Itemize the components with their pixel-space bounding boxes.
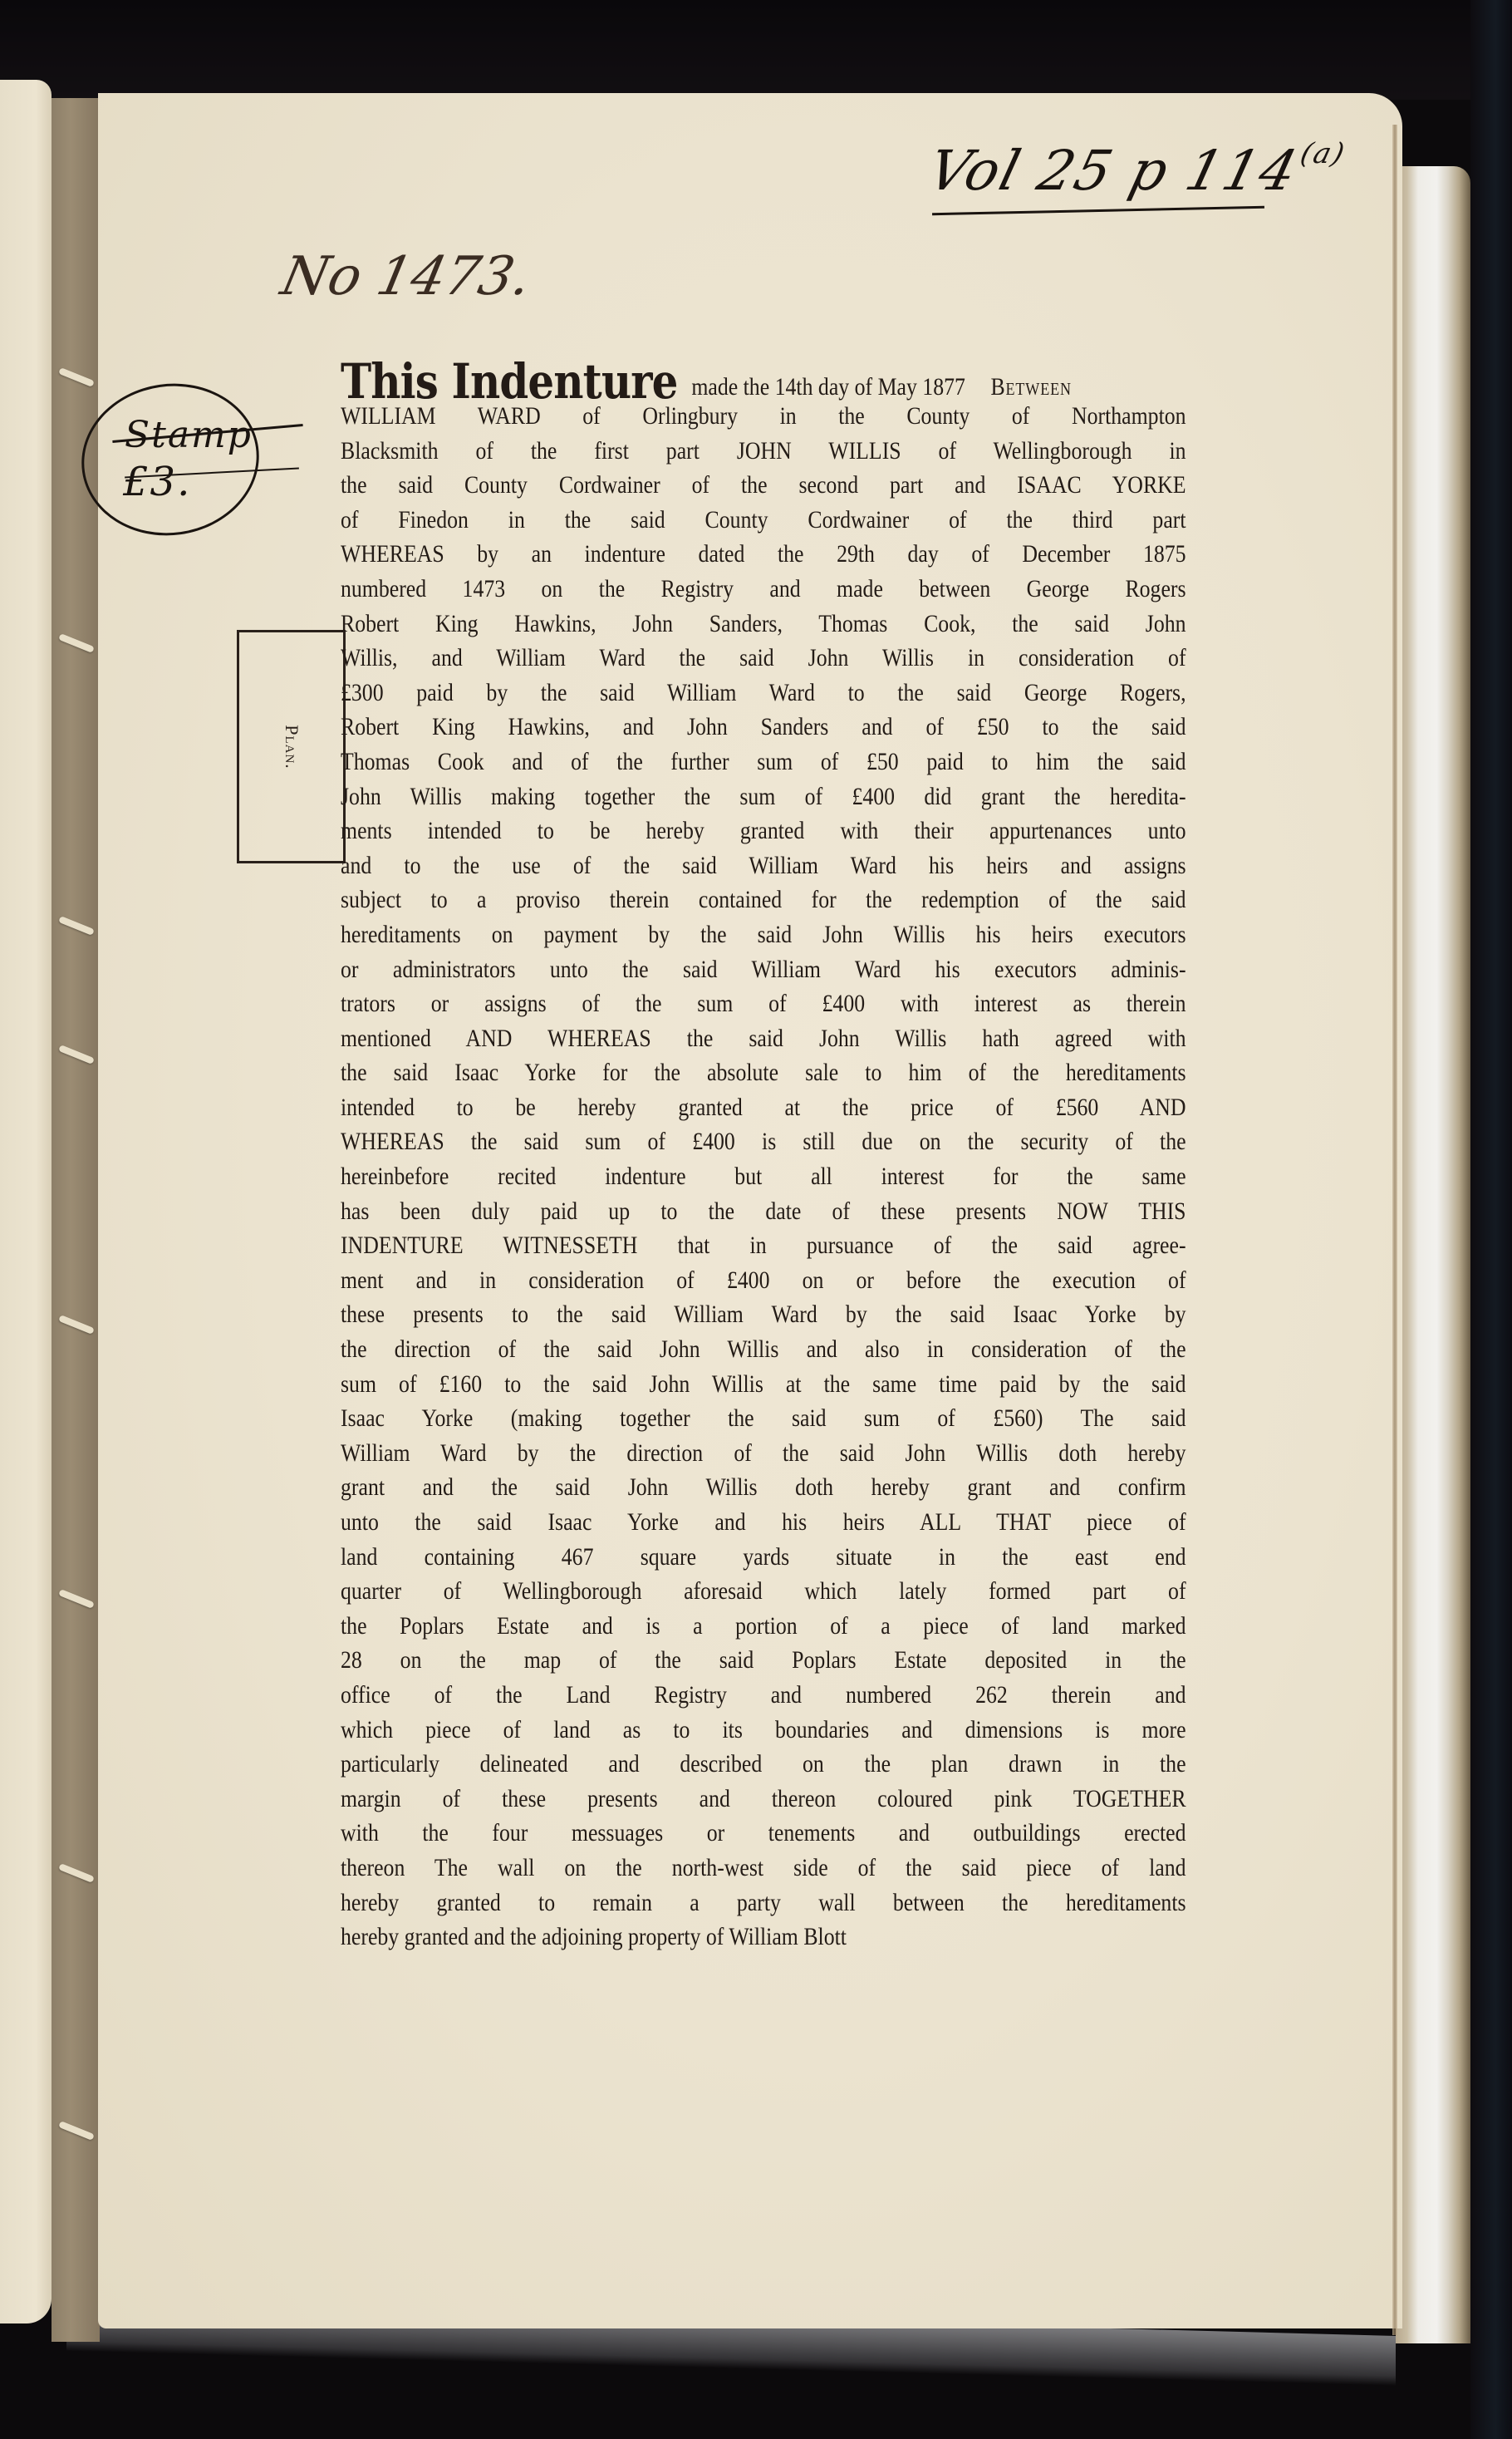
indenture-heading-line: This Indenture made the 14th day of May … <box>341 357 1186 399</box>
body-line: trators or assigns of the sum of £400 wi… <box>341 986 1186 1021</box>
body-line: these presents to the said William Ward … <box>341 1297 1186 1332</box>
body-lines: WILLIAM WARD of Orlingbury in the County… <box>341 399 1188 1955</box>
volume-reference-text: Vol 25 p 114 <box>922 139 1305 203</box>
heading-between: Between <box>990 373 1071 401</box>
left-page-edge <box>0 80 52 1825</box>
body-line: Thomas Cook and of the further sum of £5… <box>341 745 1186 779</box>
body-line: Robert King Hawkins, John Sanders, Thoma… <box>341 607 1186 642</box>
body-line: unto the said Isaac Yorke and his heirs … <box>341 1505 1186 1540</box>
body-line: hereditaments on payment by the said Joh… <box>341 917 1186 952</box>
registry-number-annotation: No 1473. <box>276 246 537 307</box>
body-line: and to the use of the said William Ward … <box>341 848 1186 883</box>
body-line: the said Isaac Yorke for the absolute sa… <box>341 1055 1186 1090</box>
plan-margin-box: Plan. <box>237 630 346 863</box>
stamp-amount: £3. <box>123 459 191 505</box>
body-line: ments intended to be hereby granted with… <box>341 814 1186 848</box>
body-line: hereinbefore recited indenture but all i… <box>341 1159 1186 1194</box>
body-line: WILLIAM WARD of Orlingbury in the County… <box>341 399 1186 434</box>
body-line: particularly delineated and described on… <box>341 1747 1186 1782</box>
body-line: with the four messuages or tenements and… <box>341 1816 1186 1851</box>
body-line: office of the Land Registry and numbered… <box>341 1678 1186 1713</box>
body-line: grant and the said John Willis doth here… <box>341 1470 1186 1505</box>
body-line: quarter of Wellingborough aforesaid whic… <box>341 1574 1186 1609</box>
plan-label: Plan. <box>281 725 302 770</box>
body-line: John Willis making together the sum of £… <box>341 779 1186 814</box>
body-line: intended to be hereby granted at the pri… <box>341 1090 1186 1125</box>
body-line: of Finedon in the said County Cordwainer… <box>341 503 1186 538</box>
book-binding-top <box>0 0 1512 100</box>
indenture-body: This Indenture made the 14th day of May … <box>341 357 1188 1955</box>
body-line: the direction of the said John Willis an… <box>341 1332 1186 1367</box>
body-line: sum of £160 to the said John Willis at t… <box>341 1367 1186 1402</box>
body-line: Willis, and William Ward the said John W… <box>341 641 1186 676</box>
body-line: William Ward by the direction of the sai… <box>341 1436 1186 1471</box>
heading-date-text: made the 14th day of May 1877 <box>691 373 965 401</box>
body-line: 28 on the map of the said Poplars Estate… <box>341 1643 1186 1678</box>
volume-reference-suffix: (a) <box>1297 137 1349 170</box>
body-line: which piece of land as to its boundaries… <box>341 1713 1186 1748</box>
body-line: hereby granted to remain a party wall be… <box>341 1886 1186 1920</box>
body-line: Blacksmith of the first part JOHN WILLIS… <box>341 434 1186 469</box>
body-line: the said County Cordwainer of the second… <box>341 468 1186 503</box>
body-line: INDENTURE WITNESSETH that in pursuance o… <box>341 1228 1186 1263</box>
body-line: hereby granted and the adjoining propert… <box>341 1920 1186 1955</box>
body-line: the Poplars Estate and is a portion of a… <box>341 1609 1186 1644</box>
body-line: Robert King Hawkins, and John Sanders an… <box>341 710 1186 745</box>
body-line: WHEREAS the said sum of £400 is still du… <box>341 1124 1186 1159</box>
body-line: Isaac Yorke (making together the said su… <box>341 1401 1186 1436</box>
page-edge-stain <box>1392 125 1397 2335</box>
body-line: land containing 467 square yards situate… <box>341 1540 1186 1575</box>
body-line: mentioned AND WHEREAS the said John Will… <box>341 1021 1186 1056</box>
volume-reference-annotation: Vol 25 p 114(a) <box>923 140 1348 199</box>
body-line: or administrators unto the said William … <box>341 952 1186 987</box>
body-line: ment and in consideration of £400 on or … <box>341 1263 1186 1298</box>
left-page-edge-lower <box>0 1825 52 2323</box>
body-line: subject to a proviso therein contained f… <box>341 883 1186 917</box>
body-line: margin of these presents and thereon col… <box>341 1782 1186 1817</box>
book-cover-right <box>1470 0 1512 2439</box>
body-line: numbered 1473 on the Registry and made b… <box>341 572 1186 607</box>
body-line: has been duly paid up to the date of the… <box>341 1194 1186 1229</box>
body-line: thereon The wall on the north-west side … <box>341 1851 1186 1886</box>
body-line: £300 paid by the said William Ward to th… <box>341 676 1186 711</box>
stacked-page-edges <box>1396 166 1470 2343</box>
body-line: WHEREAS by an indenture dated the 29th d… <box>341 537 1186 572</box>
